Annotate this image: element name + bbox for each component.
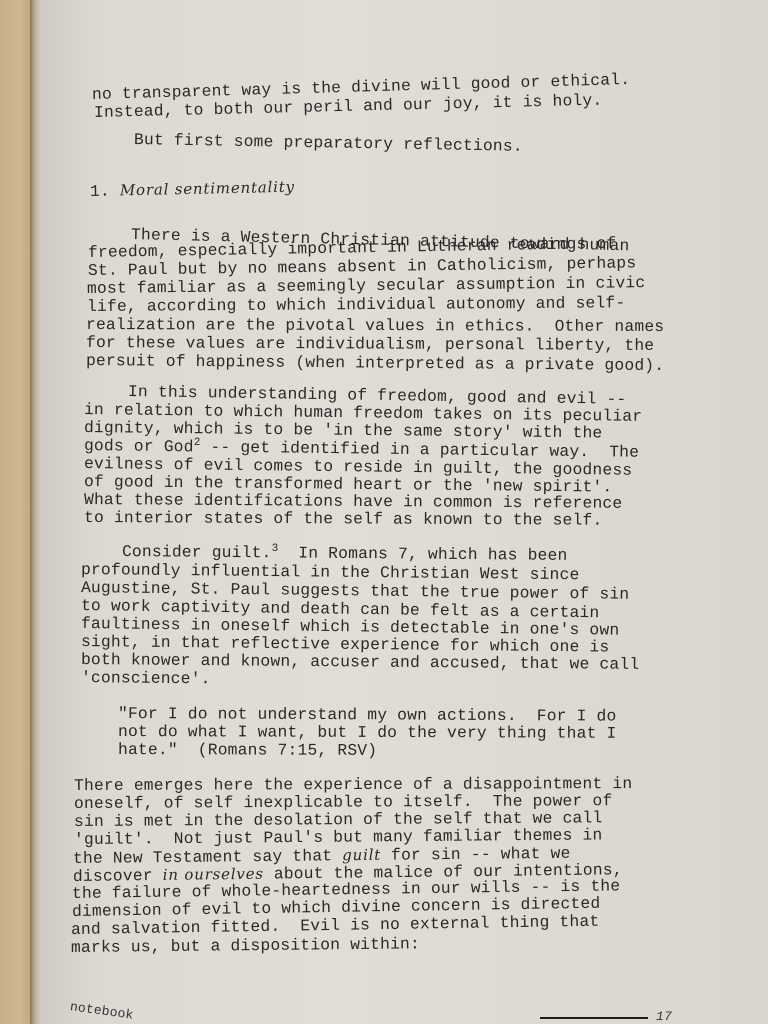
section-heading: 1. Moral sentimentality bbox=[90, 178, 295, 201]
page-text: no transparent way is the divine will go… bbox=[0, 0, 768, 1024]
quote-line: hate." (Romans 7:15, RSV) bbox=[118, 741, 377, 760]
quote-last-line: hate." bbox=[118, 740, 178, 759]
paragraph-3-first-prefix: Consider guilt. bbox=[122, 542, 272, 562]
footer-rule bbox=[540, 1017, 648, 1019]
section-title: Moral sentimentality bbox=[120, 178, 295, 200]
footer-label: notebook bbox=[69, 998, 135, 1024]
page-number: 17 bbox=[656, 1008, 672, 1024]
guilt-emphasis: guilt bbox=[342, 846, 381, 864]
intro-followup: But first some preparatory reflections. bbox=[134, 131, 523, 156]
section-number: 1. bbox=[90, 182, 110, 201]
paragraph-1-line: life, according to which individual auto… bbox=[87, 294, 626, 316]
quote-citation: (Romans 7:15, RSV) bbox=[198, 740, 378, 760]
paragraph-1-line: persuit of happiness (when interpreted a… bbox=[86, 352, 664, 375]
paragraph-4-line: marks us, but a disposition within: bbox=[71, 935, 420, 957]
paragraph-3-line: 'conscience'. bbox=[81, 669, 211, 688]
paragraph-2-line: to interior states of the self as known … bbox=[84, 509, 603, 530]
